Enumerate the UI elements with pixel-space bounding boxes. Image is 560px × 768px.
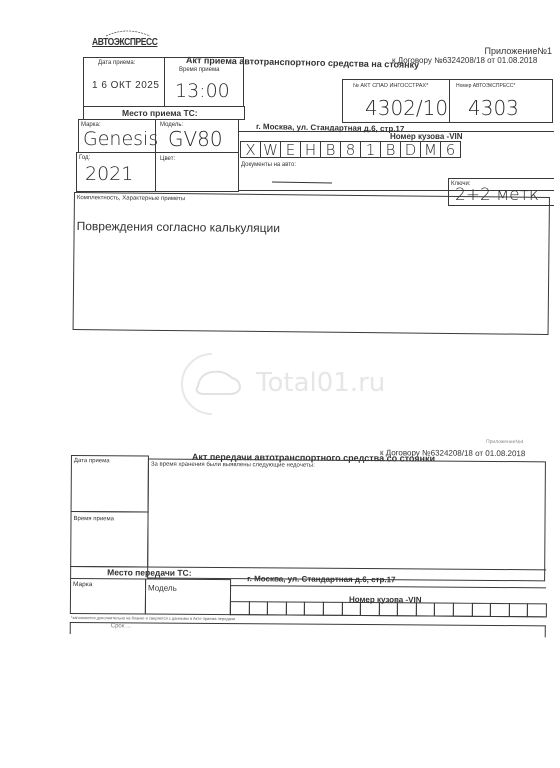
vin2-empty-cell [527,603,547,617]
vin2-empty-cell [453,603,473,617]
date2-cell: Дата приема [71,455,149,513]
date2-label: Дата приема [74,458,110,464]
vin2-empty-cell [267,601,287,615]
defects-box: За время хранения были выявлены следующи… [147,459,546,582]
vin2-empty-cell [509,603,529,617]
vin2-empty-cell [323,602,343,616]
vin2-empty-cell [416,602,436,616]
vin2-empty-cell [434,603,454,617]
place2-label: Место передачи ТС: [107,567,191,578]
brand2-label: Марка [73,581,92,588]
time2-cell: Время приема [70,511,148,568]
defects-label: За время хранения были выявлены следующи… [151,462,315,469]
brand2-cell: Марка [70,578,146,615]
vin2-empty-cell [397,602,417,616]
vin2-empty-cell [230,601,250,615]
vin2-empty-cell [490,603,510,617]
vin2-empty-cell [286,602,306,616]
next-section: Срок ... [70,622,546,637]
model2-label: Модель [148,584,177,593]
transfer-act: Приложение№4 к Договору №6324208/18 от 0… [0,0,560,768]
next-label: Срок ... [111,623,131,629]
vin2-empty-cell [360,602,380,616]
vin2-empty-cell [304,602,324,616]
vin2-empty-cell [248,601,268,615]
model2-cell: Модель [145,579,231,616]
footnote: *заполняется дополнительно на бланке и с… [71,615,235,621]
appendix2-label: Приложение№4 [486,439,524,445]
vin2-empty-cell [471,603,491,617]
place2-value: г. Москва, ул. Стандартная д.6, стр.17 [247,574,395,584]
time2-label: Время приема [73,516,113,522]
vin2-empty-cell [341,602,361,616]
vin2-empty-cell [379,602,399,616]
vin2-cells [230,601,546,620]
